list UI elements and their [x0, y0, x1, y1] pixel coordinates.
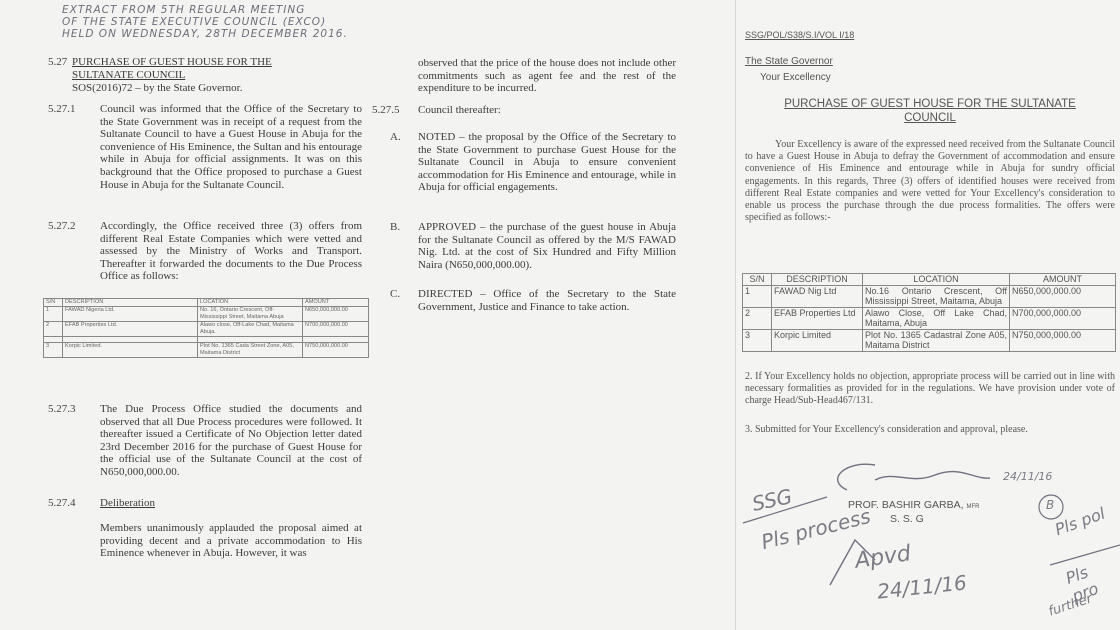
- memo-reference: SOS(2016)72 – by the State Governor.: [72, 82, 242, 95]
- table-cell: N650,000,000.00: [303, 307, 369, 322]
- table-cell: No.16 Ontario Crescent, Off Mississippi …: [863, 285, 1010, 307]
- handwritten-header-line-1: Extract from 5th Regular Meeting: [62, 4, 305, 16]
- memo-addressee: The State Governor: [745, 56, 833, 67]
- deliberation-continuation: observed that the price of the house doe…: [418, 57, 676, 95]
- resolution-letter: B.: [390, 221, 400, 234]
- paragraph-5-27-1: Council was informed that the Office of …: [100, 103, 362, 191]
- table-cell: Plot No. 1365 Cadastral Zone A05, Maitam…: [863, 329, 1010, 351]
- resolution-directed: DIRECTED – Office of the Secretary to th…: [418, 288, 676, 313]
- table-cell: 2: [743, 307, 772, 329]
- table-row: 2 EFAB Properties Ltd Alawo Close, Off L…: [743, 307, 1116, 329]
- resolution-letter: C.: [390, 288, 400, 301]
- signature-stroke: [875, 472, 990, 480]
- handwritten-header-line-3: held on Wednesday, 28th December 2016.: [62, 28, 348, 40]
- resolution-letter: A.: [390, 131, 401, 144]
- deliberation-heading: Deliberation: [100, 497, 155, 510]
- table-cell: Alawo close, Off-Lake Chad, Maitama Abuj…: [198, 322, 303, 337]
- table-row: 2 EFAB Properties Ltd. Alawo close, Off-…: [44, 322, 369, 337]
- column-header: LOCATION: [198, 299, 303, 307]
- table-cell: N700,000,000.00: [1010, 307, 1116, 329]
- column-header: LOCATION: [863, 274, 1010, 286]
- paragraph-number: 5.27.1: [48, 103, 76, 116]
- table-cell: 1: [743, 285, 772, 307]
- resolution-approved: APPROVED – the purchase of the guest hou…: [418, 221, 676, 271]
- signature-date: 24/11/16: [1003, 470, 1052, 483]
- table-header-row: S/N DESCRIPTION LOCATION AMOUNT: [44, 299, 369, 307]
- table-cell: 3: [44, 343, 63, 358]
- column-header: S/N: [743, 274, 772, 286]
- exco-extract-page: Extract from 5th Regular Meeting of the …: [0, 0, 735, 630]
- table-cell: N700,000,000.00: [303, 322, 369, 337]
- table-cell: Korpic Limited.: [63, 343, 198, 358]
- table-cell: N650,000,000.00: [1010, 285, 1116, 307]
- memo-offers-table: S/N DESCRIPTION LOCATION AMOUNT 1 FAWAD …: [742, 273, 1116, 352]
- table-cell: FAWAD Nig Ltd: [772, 285, 863, 307]
- paragraph-5-27-3: The Due Process Office studied the docum…: [100, 403, 362, 479]
- table-cell: 1: [44, 307, 63, 322]
- table-cell: N750,000,000.00: [303, 343, 369, 358]
- table-row: 1 FAWAD Nigeria Ltd. No. 16, Ontario Cre…: [44, 307, 369, 322]
- table-header-row: S/N DESCRIPTION LOCATION AMOUNT: [743, 274, 1116, 286]
- table-cell: 2: [44, 322, 63, 337]
- table-row: 3 Korpic Limited. Plot No. 1365 Cada Str…: [44, 343, 369, 358]
- table-cell: No. 16, Ontario Crescent, Off-Mississipp…: [198, 307, 303, 322]
- deliberation-text: Members unanimously applauded the propos…: [100, 522, 362, 560]
- paragraph-number: 5.27.4: [48, 497, 76, 510]
- table-cell: 3: [743, 329, 772, 351]
- memo-salutation: Your Excellency: [760, 72, 831, 83]
- table-cell: FAWAD Nigeria Ltd.: [63, 307, 198, 322]
- table-cell: EFAB Properties Ltd: [772, 307, 863, 329]
- table-row: 1 FAWAD Nig Ltd No.16 Ontario Crescent, …: [743, 285, 1116, 307]
- paragraph-number: 5.27.2: [48, 220, 76, 233]
- column-header: AMOUNT: [1010, 274, 1116, 286]
- table-cell: Korpic Limited: [772, 329, 863, 351]
- offers-table: S/N DESCRIPTION LOCATION AMOUNT 1 FAWAD …: [43, 298, 369, 358]
- table-cell: EFAB Properties Ltd.: [63, 322, 198, 337]
- resolution-number: 5.27.5: [372, 104, 400, 117]
- memo-paragraph-1: Your Excellency is aware of the expresse…: [745, 139, 1115, 224]
- table-cell: N750,000,000.00: [1010, 329, 1116, 351]
- memo-title: PURCHASE OF GUEST HOUSE FOR THE SULTANAT…: [760, 97, 1100, 125]
- paragraph-number: 5.27.3: [48, 403, 76, 416]
- table-cell: Plot No. 1365 Cada Street Zone, A05, Mai…: [198, 343, 303, 358]
- signature-stroke: [838, 464, 875, 490]
- resolution-intro: Council thereafter:: [418, 104, 501, 117]
- circle-mark-label: B: [1046, 498, 1054, 512]
- paragraph-5-27-2: Accordingly, the Office received three (…: [100, 220, 362, 283]
- memo-paragraph-3: 3. Submitted for Your Excellency's consi…: [745, 424, 1115, 436]
- table-cell: Alawo Close, Off Lake Chad, Maitama, Abu…: [863, 307, 1010, 329]
- table-row: 3 Korpic Limited Plot No. 1365 Cadastral…: [743, 329, 1116, 351]
- section-title-line-2: SULTANATE COUNCIL: [72, 69, 185, 82]
- memo-paragraph-2: 2. If Your Excellency holds no objection…: [745, 371, 1115, 408]
- resolution-noted: NOTED – the proposal by the Office of th…: [418, 131, 676, 194]
- handwritten-header-line-2: of the State Executive Council (ExCo): [62, 16, 326, 28]
- section-title-line-1: PURCHASE OF GUEST HOUSE FOR THE: [72, 56, 272, 69]
- column-header: S/N: [44, 299, 63, 307]
- memo-reference-number: SSG/POL/S38/S.I/VOL I/18: [745, 30, 854, 40]
- section-number: 5.27: [48, 56, 67, 69]
- column-header: DESCRIPTION: [772, 274, 863, 286]
- column-header: AMOUNT: [303, 299, 369, 307]
- column-header: DESCRIPTION: [63, 299, 198, 307]
